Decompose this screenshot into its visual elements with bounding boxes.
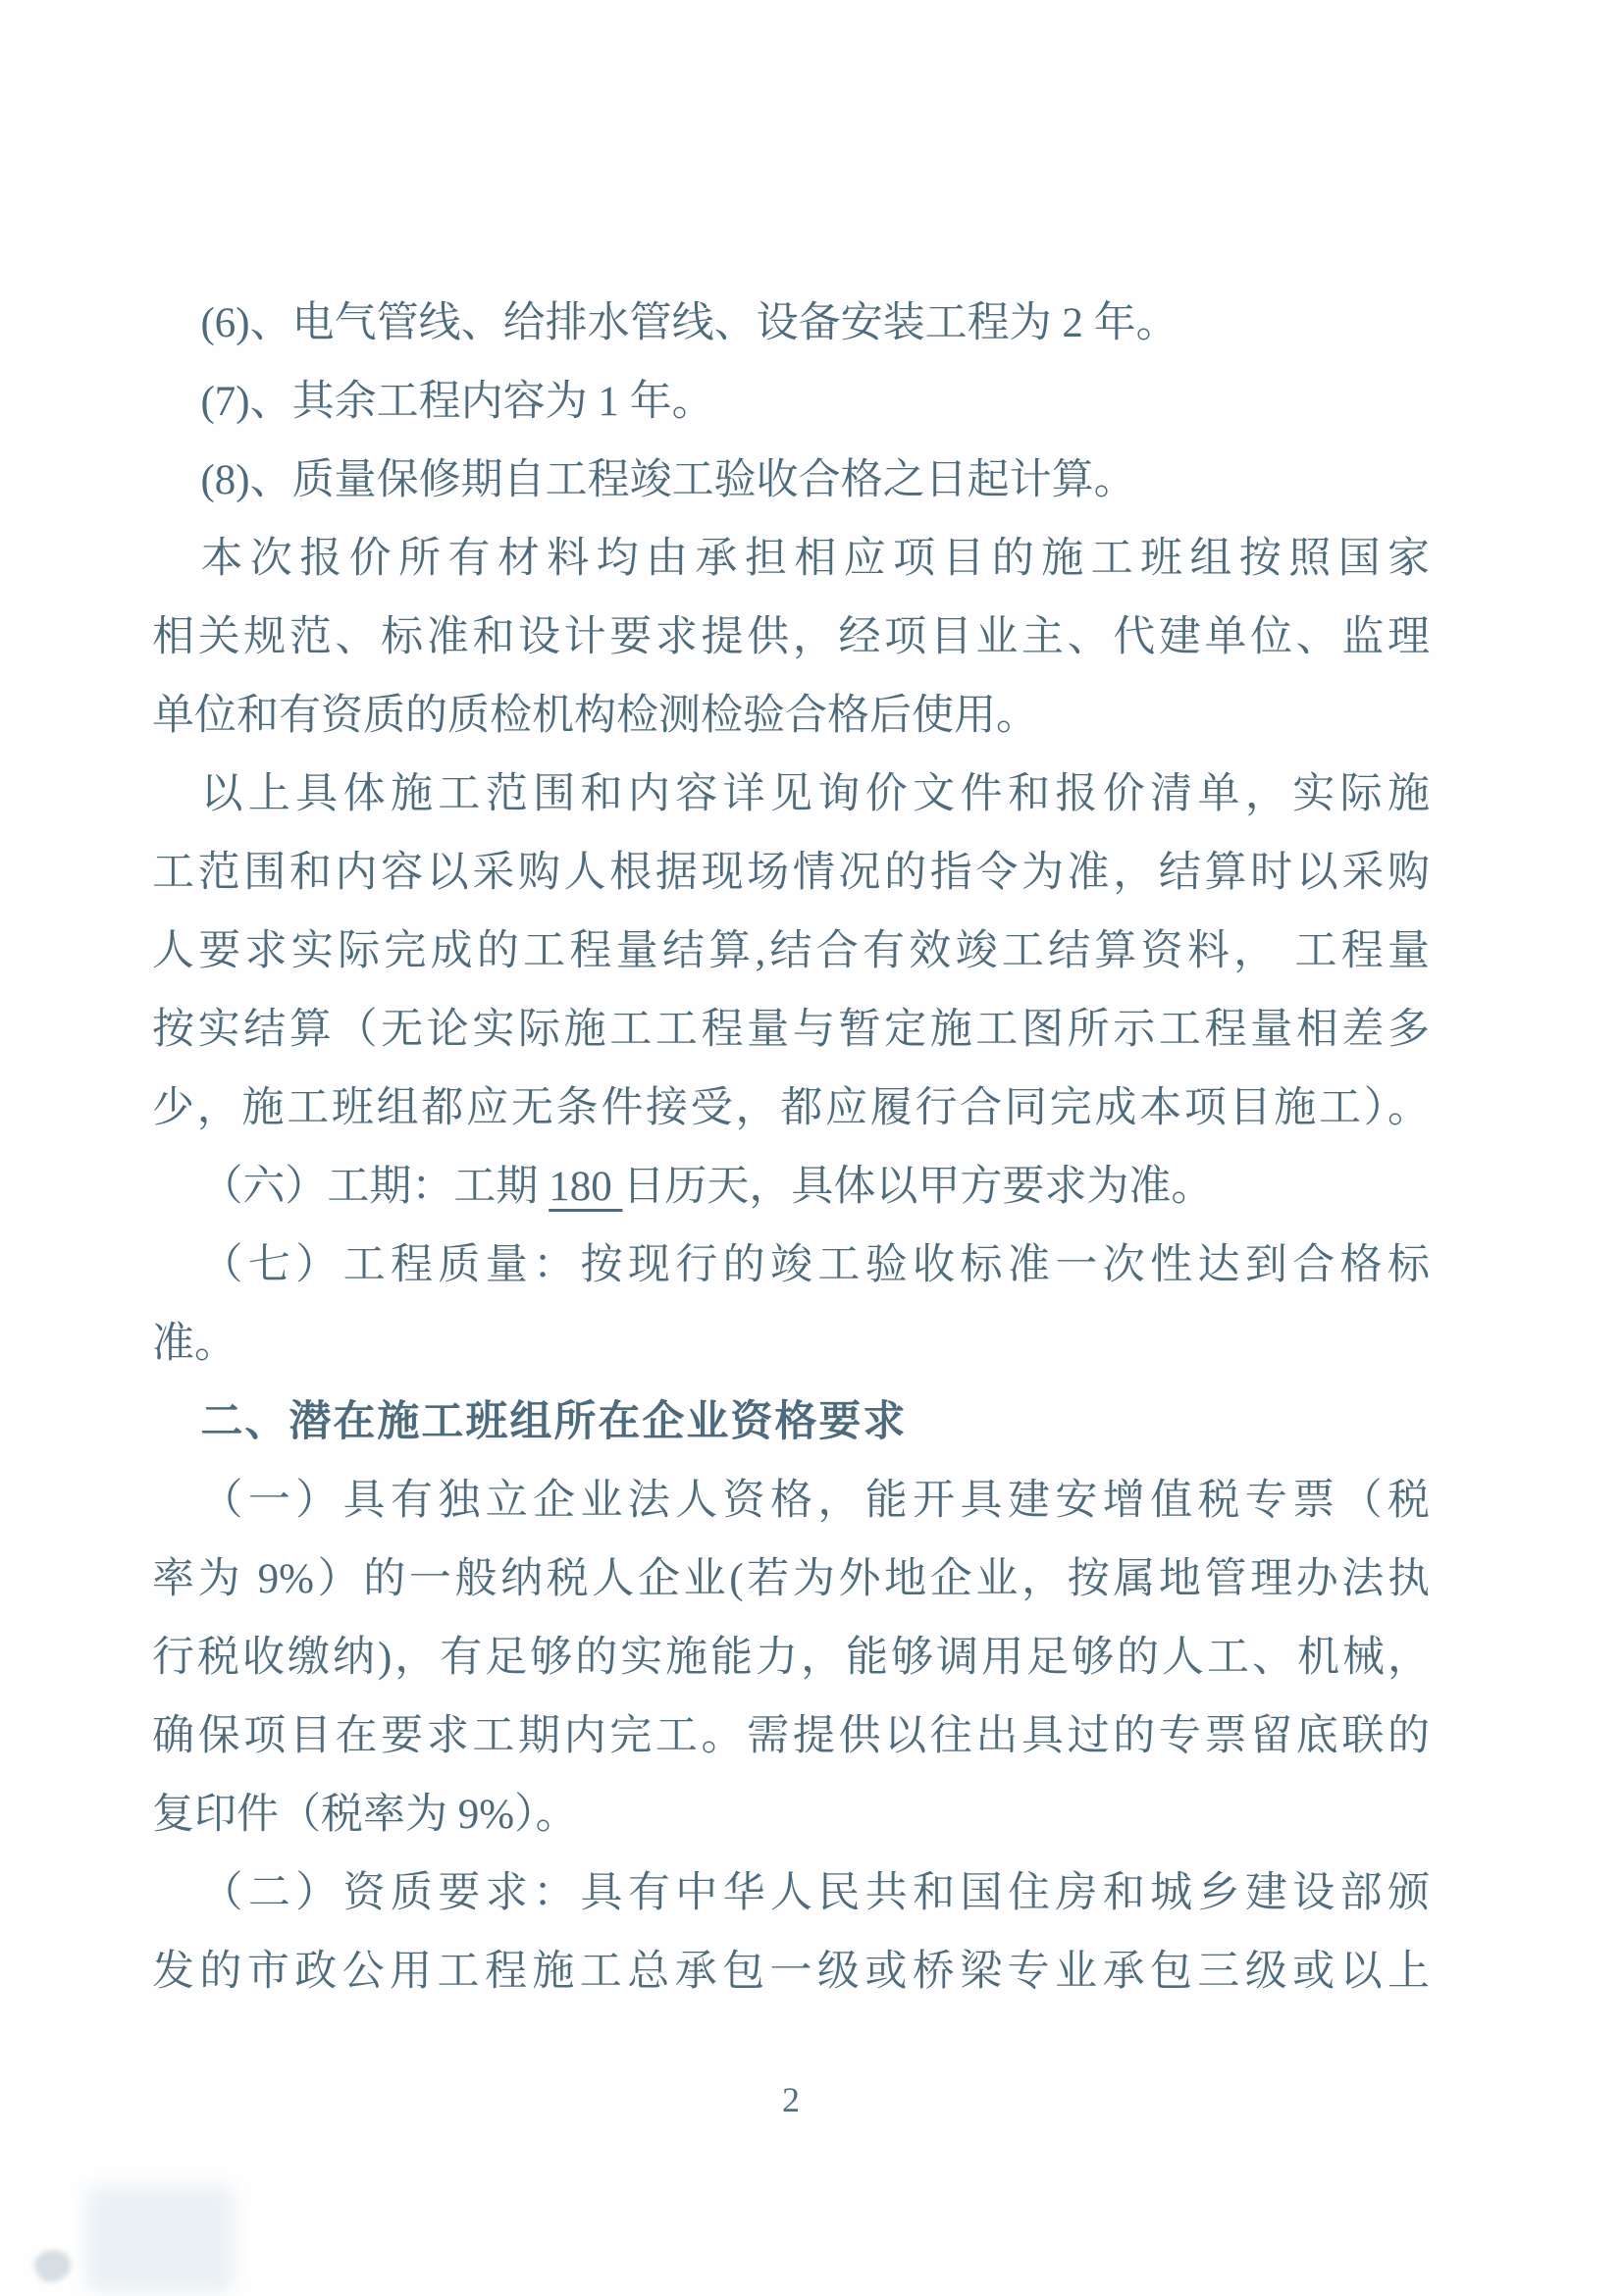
text-line: 发的市政公用工程施工总承包一级或桥梁专业承包三级或以上	[152, 1933, 1430, 2011]
text-line: （一）具有独立企业法人资格，能开具建安增值税专票（税	[152, 1462, 1430, 1540]
text-run: 率为 9%）的一般纳税人企业(若为外地企业，按属地管理办法执	[152, 1556, 1430, 1602]
text-run: （六）工期：工期	[200, 1164, 549, 1210]
text-run: 二、潜在施工班组所在企业资格要求	[200, 1399, 907, 1445]
text-run: 复印件（税率为 9%）。	[152, 1792, 578, 1838]
scan-smudge	[30, 2244, 76, 2287]
section-heading: 二、潜在施工班组所在企业资格要求	[152, 1383, 1430, 1462]
text-line: （七）工程质量：按现行的竣工验收标准一次性达到合格标	[152, 1226, 1430, 1305]
text-run: 发的市政公用工程施工总承包一级或桥梁专业承包三级或以上	[152, 1949, 1430, 1995]
text-run: 人要求实际完成的工程量结算,结合有效竣工结算资料， 工程量	[152, 928, 1430, 974]
text-run: 本次报价所有材料均由承担相应项目的施工班组按照国家	[200, 536, 1430, 582]
text-line: 本次报价所有材料均由承担相应项目的施工班组按照国家	[152, 520, 1430, 599]
text-line: 单位和有资质的质检机构检测检验合格后使用。	[152, 677, 1430, 756]
text-line: 复印件（税率为 9%）。	[152, 1776, 1430, 1854]
text-line: 以上具体施工范围和内容详见询价文件和报价清单，实际施	[152, 756, 1430, 834]
underlined-value: 180	[549, 1164, 622, 1210]
document-page: (6)、电气管线、给排水管线、设备安装工程为 2 年。(7)、其余工程内容为 1…	[0, 0, 1623, 2296]
text-run: (6)、电气管线、给排水管线、设备安装工程为 2 年。	[200, 300, 1178, 346]
text-line: (6)、电气管线、给排水管线、设备安装工程为 2 年。	[152, 285, 1430, 363]
text-line: 确保项目在要求工期内完工。需提供以往出具过的专票留底联的	[152, 1697, 1430, 1776]
text-run: 相关规范、标准和设计要求提供，经项目业主、代建单位、监理	[152, 614, 1430, 660]
text-run: 少，施工班组都应无条件接受，都应履行合同完成本项目施工）。	[152, 1085, 1430, 1131]
text-run: 按实结算（无论实际施工工程量与暂定施工图所示工程量相差多	[152, 1007, 1430, 1053]
text-run: （七）工程质量：按现行的竣工验收标准一次性达到合格标	[200, 1242, 1430, 1288]
text-run: 单位和有资质的质检机构检测检验合格后使用。	[152, 693, 1038, 739]
text-run: 确保项目在要求工期内完工。需提供以往出具过的专票留底联的	[152, 1713, 1430, 1759]
text-run: 工范围和内容以采购人根据现场情况的指令为准，结算时以采购	[152, 850, 1430, 896]
text-run: (7)、其余工程内容为 1 年。	[200, 379, 713, 425]
text-line: 相关规范、标准和设计要求提供，经项目业主、代建单位、监理	[152, 599, 1430, 677]
text-run: 日历天，具体以甲方要求为准。	[622, 1164, 1213, 1210]
text-line: 行税收缴纳)，有足够的实施能力，能够调用足够的人工、机械，	[152, 1619, 1430, 1697]
text-line: 少，施工班组都应无条件接受，都应履行合同完成本项目施工）。	[152, 1070, 1430, 1148]
text-line: (8)、质量保修期自工程竣工验收合格之日起计算。	[152, 442, 1430, 520]
text-line: 工范围和内容以采购人根据现场情况的指令为准，结算时以采购	[152, 834, 1430, 913]
text-run: (8)、质量保修期自工程竣工验收合格之日起计算。	[200, 457, 1135, 503]
text-line: （二）资质要求：具有中华人民共和国住房和城乡建设部颁	[152, 1854, 1430, 1933]
text-line: （六）工期：工期 180 日历天，具体以甲方要求为准。	[152, 1148, 1430, 1226]
text-run: 行税收缴纳)，有足够的实施能力，能够调用足够的人工、机械，	[152, 1635, 1430, 1681]
text-run: （二）资质要求：具有中华人民共和国住房和城乡建设部颁	[200, 1870, 1430, 1916]
text-line: 人要求实际完成的工程量结算,结合有效竣工结算资料， 工程量	[152, 913, 1430, 991]
text-line: 率为 9%）的一般纳税人企业(若为外地企业，按属地管理办法执	[152, 1540, 1430, 1619]
text-line: (7)、其余工程内容为 1 年。	[152, 363, 1430, 442]
text-run: 准。	[152, 1321, 236, 1367]
text-line: 按实结算（无论实际施工工程量与暂定施工图所示工程量相差多	[152, 991, 1430, 1070]
document-body: (6)、电气管线、给排水管线、设备安装工程为 2 年。(7)、其余工程内容为 1…	[152, 285, 1430, 2011]
text-run: （一）具有独立企业法人资格，能开具建安增值税专票（税	[200, 1478, 1430, 1524]
text-run: 以上具体施工范围和内容详见询价文件和报价清单，实际施	[200, 771, 1430, 817]
page-number: 2	[152, 2078, 1430, 2121]
scan-smudge	[86, 2186, 234, 2292]
text-line: 准。	[152, 1305, 1430, 1383]
